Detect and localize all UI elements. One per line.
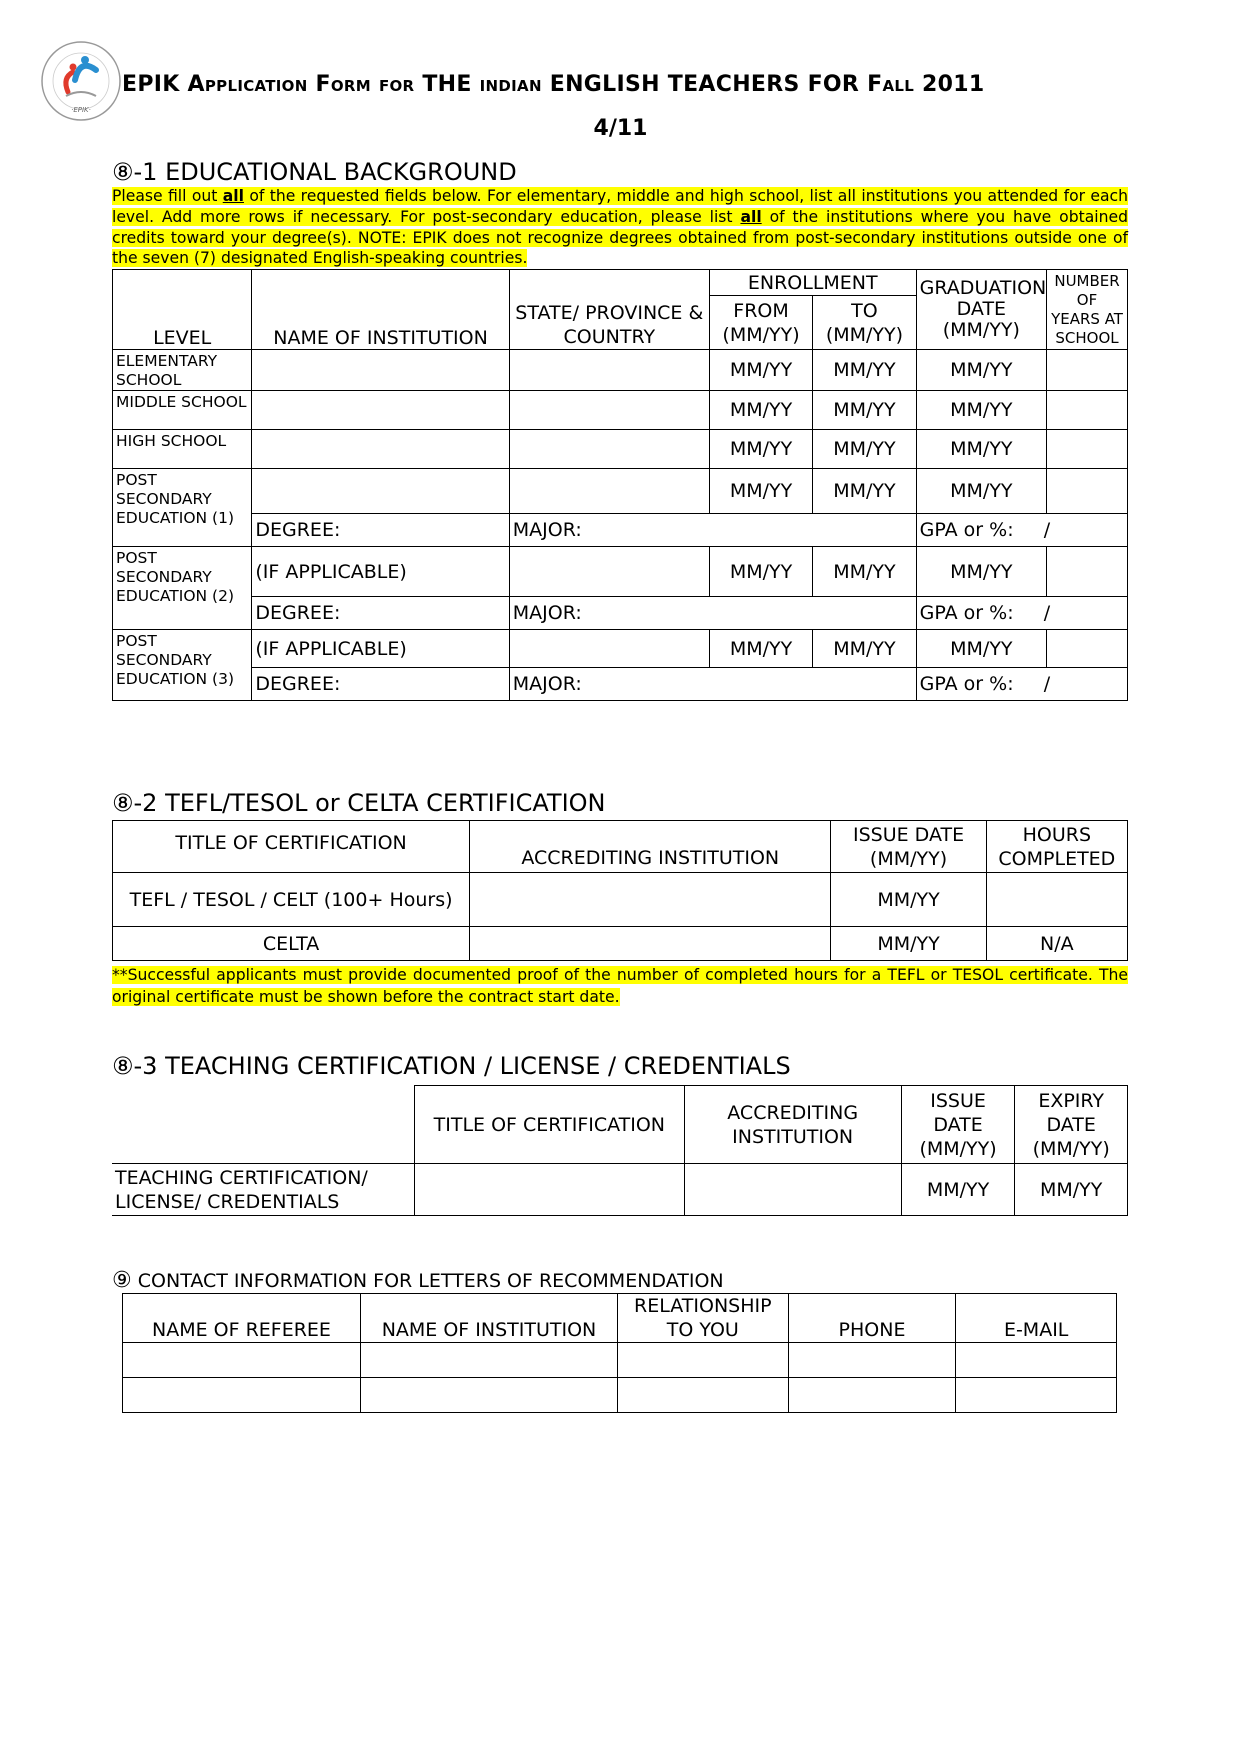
state-input[interactable]	[509, 630, 709, 668]
blank-header	[112, 1086, 415, 1164]
col-header-enrollment: ENROLLMENT	[709, 270, 916, 296]
from-date-input[interactable]: MM/YY	[709, 547, 812, 597]
graduation-date-input[interactable]: MM/YY	[916, 350, 1046, 391]
degree-field[interactable]: DEGREE:	[252, 597, 509, 630]
table-row: DEGREE:MAJOR:GPA or %: /	[113, 597, 1128, 630]
state-input[interactable]	[509, 547, 709, 597]
to-date-input[interactable]: MM/YY	[813, 391, 916, 430]
col-header-accrediting: ACCREDITING INSTITUTION	[684, 1086, 901, 1164]
epik-logo: ·EPIK·	[40, 40, 122, 122]
section-number: ⑨	[112, 1268, 132, 1293]
from-date-input[interactable]: MM/YY	[709, 350, 812, 391]
col-header-from: FROM (MM/YY)	[709, 296, 812, 350]
phone-input[interactable]	[788, 1378, 956, 1413]
table-row: POST SECONDARY EDUCATION (3)(IF APPLICAB…	[113, 630, 1128, 668]
state-input[interactable]	[509, 469, 709, 514]
referee-name-input[interactable]	[123, 1378, 361, 1413]
col-header-referee: NAME OF REFEREE	[123, 1294, 361, 1343]
expiry-date-input[interactable]: MM/YY	[1015, 1164, 1128, 1216]
graduation-date-input[interactable]: MM/YY	[916, 469, 1046, 514]
section-heading-educational-background: ⑧-1 EDUCATIONAL BACKGROUND	[112, 158, 517, 186]
cert-title-input[interactable]	[415, 1164, 684, 1216]
hours-input[interactable]	[986, 873, 1127, 927]
col-header-graduation: GRADUATION DATE (MM/YY)	[916, 270, 1046, 350]
col-header-accrediting: ACCREDITING INSTITUTION	[470, 821, 831, 873]
referee-institution-input[interactable]	[360, 1378, 617, 1413]
section-heading-tefl: ⑧-2 TEFL/TESOL or CELTA CERTIFICATION	[112, 789, 606, 817]
col-header-email: E-MAIL	[956, 1294, 1117, 1343]
table-row: POST SECONDARY EDUCATION (2)(IF APPLICAB…	[113, 547, 1128, 597]
col-header-level: LEVEL	[113, 270, 252, 350]
section-heading-teaching-cert: ⑧-3 TEACHING CERTIFICATION / LICENSE / C…	[112, 1052, 791, 1080]
cert-title: CELTA	[113, 927, 470, 961]
page-number: 4/11	[0, 116, 1241, 141]
institution-input[interactable]	[252, 469, 509, 514]
years-input[interactable]	[1047, 630, 1128, 668]
col-header-issue-date: ISSUE DATE (MM/YY)	[831, 821, 986, 873]
instructions-text: Please fill out all of the requested fie…	[112, 186, 1128, 269]
email-input[interactable]	[956, 1343, 1117, 1378]
from-date-input[interactable]: MM/YY	[709, 469, 812, 514]
teaching-certification-table: TITLE OF CERTIFICATION ACCREDITING INSTI…	[112, 1085, 1128, 1216]
table-row	[123, 1343, 1117, 1378]
table-row: CELTA MM/YY N/A	[113, 927, 1128, 961]
from-date-input[interactable]: MM/YY	[709, 630, 812, 668]
table-row: TEACHING CERTIFICATION/ LICENSE/ CREDENT…	[112, 1164, 1128, 1216]
graduation-date-input[interactable]: MM/YY	[916, 547, 1046, 597]
tefl-certification-table: TITLE OF CERTIFICATION ACCREDITING INSTI…	[112, 820, 1128, 961]
hours-value: N/A	[986, 927, 1127, 961]
to-date-input[interactable]: MM/YY	[813, 350, 916, 391]
cert-title: TEFL / TESOL / CELT (100+ Hours)	[113, 873, 470, 927]
graduation-date-input[interactable]: MM/YY	[916, 391, 1046, 430]
recommendation-table: NAME OF REFEREE NAME OF INSTITUTION RELA…	[122, 1293, 1117, 1413]
institution-input[interactable]	[252, 391, 509, 430]
from-date-input[interactable]: MM/YY	[709, 430, 812, 469]
col-header-institution: NAME OF INSTITUTION	[252, 270, 509, 350]
years-input[interactable]	[1047, 469, 1128, 514]
issue-date-input[interactable]: MM/YY	[831, 873, 986, 927]
col-header-to: TO (MM/YY)	[813, 296, 916, 350]
to-date-input[interactable]: MM/YY	[813, 547, 916, 597]
col-header-institution: NAME OF INSTITUTION	[360, 1294, 617, 1343]
years-input[interactable]	[1047, 430, 1128, 469]
major-field[interactable]: MAJOR:	[509, 668, 916, 701]
degree-field[interactable]: DEGREE:	[252, 514, 509, 547]
level-label: POST SECONDARY EDUCATION (2)	[113, 547, 252, 630]
to-date-input[interactable]: MM/YY	[813, 469, 916, 514]
accrediting-input[interactable]	[470, 873, 831, 927]
table-row: ELEMENTARY SCHOOLMM/YYMM/YYMM/YY	[113, 350, 1128, 391]
degree-field[interactable]: DEGREE:	[252, 668, 509, 701]
table-row	[123, 1378, 1117, 1413]
major-field[interactable]: MAJOR:	[509, 597, 916, 630]
table-row: MIDDLE SCHOOLMM/YYMM/YYMM/YY	[113, 391, 1128, 430]
table-row: HIGH SCHOOLMM/YYMM/YYMM/YY	[113, 430, 1128, 469]
from-date-input[interactable]: MM/YY	[709, 391, 812, 430]
institution-input[interactable]: (IF APPLICABLE)	[252, 547, 509, 597]
graduation-date-input[interactable]: MM/YY	[916, 430, 1046, 469]
level-label: ELEMENTARY SCHOOL	[113, 350, 252, 391]
table-row: DEGREE:MAJOR:GPA or %: /	[113, 514, 1128, 547]
table-row: DEGREE:MAJOR:GPA or %: /	[113, 668, 1128, 701]
col-header-years: NUMBER OF YEARS AT SCHOOL	[1047, 270, 1128, 350]
epik-logo-icon: ·EPIK·	[40, 40, 122, 122]
col-header-state: STATE/ PROVINCE & COUNTRY	[509, 270, 709, 350]
state-input[interactable]	[509, 430, 709, 469]
section-heading-recommendation: ⑨ CONTACT INFORMATION FOR LETTERS OF REC…	[112, 1268, 724, 1293]
institution-input[interactable]	[252, 350, 509, 391]
accrediting-input[interactable]	[684, 1164, 901, 1216]
state-input[interactable]	[509, 391, 709, 430]
educational-background-table: LEVEL NAME OF INSTITUTION STATE/ PROVINC…	[112, 269, 1128, 701]
gpa-field[interactable]: GPA or %: /	[916, 668, 1127, 701]
referee-name-input[interactable]	[123, 1343, 361, 1378]
col-header-issue: ISSUE DATE (MM/YY)	[901, 1086, 1015, 1164]
institution-input[interactable]: (IF APPLICABLE)	[252, 630, 509, 668]
referee-institution-input[interactable]	[360, 1343, 617, 1378]
level-label: HIGH SCHOOL	[113, 430, 252, 469]
tefl-note: **Successful applicants must provide doc…	[112, 964, 1128, 1008]
state-input[interactable]	[509, 350, 709, 391]
col-header-title: TITLE OF CERTIFICATION	[415, 1086, 684, 1164]
graduation-date-input[interactable]: MM/YY	[916, 630, 1046, 668]
to-date-input[interactable]: MM/YY	[813, 430, 916, 469]
level-label: MIDDLE SCHOOL	[113, 391, 252, 430]
issue-date-input[interactable]: MM/YY	[831, 927, 986, 961]
institution-input[interactable]	[252, 430, 509, 469]
to-date-input[interactable]: MM/YY	[813, 630, 916, 668]
years-input[interactable]	[1047, 391, 1128, 430]
years-input[interactable]	[1047, 350, 1128, 391]
major-field[interactable]: MAJOR:	[509, 514, 916, 547]
col-header-hours: HOURS COMPLETED	[986, 821, 1127, 873]
phone-input[interactable]	[788, 1343, 956, 1378]
col-header-phone: PHONE	[788, 1294, 956, 1343]
table-row: TEFL / TESOL / CELT (100+ Hours) MM/YY	[113, 873, 1128, 927]
gpa-field[interactable]: GPA or %: /	[916, 597, 1127, 630]
row-label: TEACHING CERTIFICATION/ LICENSE/ CREDENT…	[112, 1164, 415, 1216]
relationship-input[interactable]	[617, 1378, 788, 1413]
col-header-relationship: RELATIONSHIP TO YOU	[617, 1294, 788, 1343]
relationship-input[interactable]	[617, 1343, 788, 1378]
years-input[interactable]	[1047, 547, 1128, 597]
section-heading-text: CONTACT INFORMATION FOR LETTERS OF RECOM…	[138, 1270, 724, 1292]
level-label: POST SECONDARY EDUCATION (1)	[113, 469, 252, 547]
svg-text:·EPIK·: ·EPIK·	[71, 106, 91, 114]
col-header-expiry: EXPIRY DATE (MM/YY)	[1015, 1086, 1128, 1164]
table-row: POST SECONDARY EDUCATION (1)MM/YYMM/YYMM…	[113, 469, 1128, 514]
email-input[interactable]	[956, 1378, 1117, 1413]
gpa-field[interactable]: GPA or %: /	[916, 514, 1127, 547]
col-header-title: TITLE OF CERTIFICATION	[113, 821, 470, 873]
issue-date-input[interactable]: MM/YY	[901, 1164, 1015, 1216]
level-label: POST SECONDARY EDUCATION (3)	[113, 630, 252, 701]
form-title: EPIK Application Form for THE indian ENG…	[122, 72, 1122, 97]
accrediting-input[interactable]	[470, 927, 831, 961]
